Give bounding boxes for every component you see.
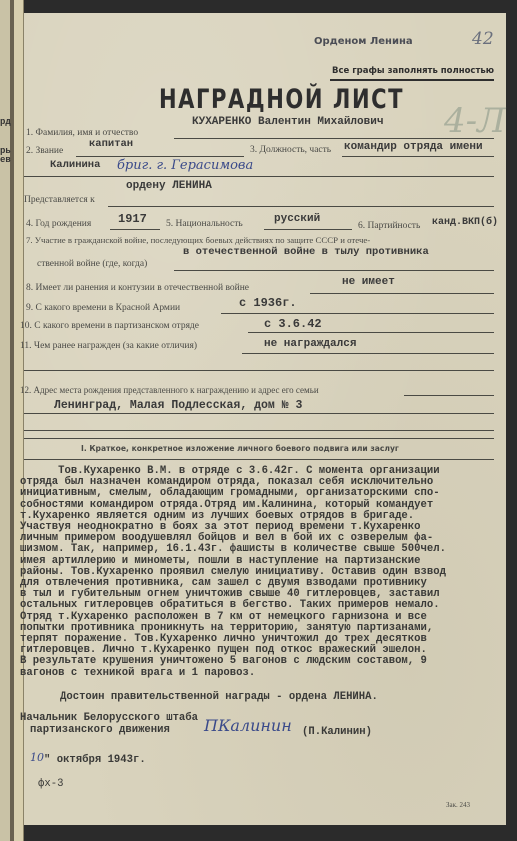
award-stamp: Орденом Ленина [314, 36, 413, 47]
separator-line [24, 438, 494, 439]
field-10-value: с 3.6.42 [264, 317, 322, 331]
field-7-label-line2: ственной войне (где, когда) [37, 259, 147, 269]
conclusion: Достоин правительственной награды - орде… [60, 692, 378, 703]
field-6-value: канд.ВКП(б) [432, 217, 498, 228]
field-3-line [342, 156, 494, 157]
text-line: инициативным, смелым, обладающим громадн… [20, 488, 446, 499]
field-11-line-2 [24, 370, 494, 371]
left-page-fragment: ев [0, 155, 11, 165]
field-9-label: 9. С какого времени в Красной Армии [26, 303, 180, 313]
instruction-underline [330, 79, 494, 81]
award-sheet: Орденом Ленина 42 Все графы заполнять по… [24, 13, 506, 825]
field-10-label: 10. С какого времени в партизанском отря… [20, 321, 199, 331]
field-10-line [248, 332, 494, 333]
text-line: вагонов с техникой врага и 1 паровоз. [20, 668, 446, 679]
field-1-label: 1. Фамилия, имя и отчество [26, 128, 138, 138]
date-day: 10 [30, 751, 44, 764]
field-4-label: 4. Год рождения [26, 219, 91, 229]
nominated-line [108, 206, 494, 207]
separator-line [24, 430, 494, 431]
date-rest: " октября 1943г. [44, 755, 146, 766]
form-code: фх-3 [38, 779, 63, 790]
field-5-label: 5. Национальность [166, 219, 243, 229]
field-12-line-2 [24, 413, 494, 414]
field-3-label: 3. Должность, часть [250, 145, 331, 155]
text-line: В результате крушения уничтожено 5 вагон… [20, 656, 446, 667]
field-9-line [221, 313, 494, 314]
field-9-value: с 1936г. [239, 296, 297, 310]
instruction-text: Все графы заполнять полностью [332, 66, 494, 76]
field-8-value: не имеет [342, 276, 395, 288]
nominated-value: ордену ЛЕНИНА [126, 180, 212, 192]
field-5-value: русский [274, 213, 320, 225]
field-2-value: капитан [89, 138, 133, 150]
field-7-line [174, 270, 494, 271]
section-heading-line [24, 459, 494, 460]
field-7-label-line1: 7. Участие в гражданской войне, последую… [26, 235, 370, 245]
field-3-line-2 [24, 176, 494, 177]
nominated-label: Представляется к [24, 195, 95, 205]
text-line: шизмом. Так, например, 16.1.43г. фашисты… [20, 544, 446, 555]
field-5-line [264, 229, 352, 230]
page-number: 42 [472, 29, 494, 49]
field-3-value-cont: Калинина [50, 159, 100, 171]
field-2-label: 2. Звание [26, 146, 63, 156]
document-title: НАГРАДНОЙ ЛИСТ [159, 84, 404, 115]
field-1-line [174, 138, 494, 139]
field-1-value: КУХАРЕНКО Валентин Михайлович [192, 116, 383, 128]
signatory-name: (П.Калинин) [302, 727, 372, 738]
field-11-value: не награждался [264, 338, 356, 350]
field-8-label: 8. Имеет ли ранения и контузии в отечест… [26, 283, 249, 293]
field-3-value: командир отряда имени [344, 141, 483, 153]
field-3-handwritten: бриг. г. Герасимова [117, 158, 253, 173]
merit-description: Тов.Кухаренко В.М. в отряде с 3.6.42г. С… [20, 466, 446, 679]
pencil-mark: 4-Л [444, 101, 506, 141]
field-7-value: в отечественной войне в тылу противника [183, 246, 429, 258]
field-11-label: 11. Чем ранее награжден (за какие отличи… [20, 341, 197, 351]
field-8-line [310, 293, 494, 294]
order-number: Зак. 243 [446, 801, 470, 809]
signatory-title-line2: партизанского движения [30, 725, 170, 736]
field-2-line [76, 156, 244, 157]
section-heading: I. Краткое, конкретное изложение личного… [81, 444, 399, 453]
left-page-fragment: рд [0, 117, 11, 127]
field-12-line [404, 395, 494, 396]
signatory-title-line1: Начальник Белорусского штаба [20, 713, 198, 724]
field-12-label: 12. Адрес места рождения представленного… [20, 385, 319, 395]
field-4-line [110, 229, 160, 230]
handwritten-signature: ПКалинин [204, 716, 292, 735]
field-6-label: 6. Партийность [358, 221, 420, 231]
field-11-line [242, 353, 494, 354]
text-line: остальных гитлеровцев обратиться в бегст… [20, 600, 446, 611]
field-12-value: Ленинград, Малая Подлесская, дом № 3 [54, 399, 302, 412]
field-4-value: 1917 [118, 212, 147, 226]
